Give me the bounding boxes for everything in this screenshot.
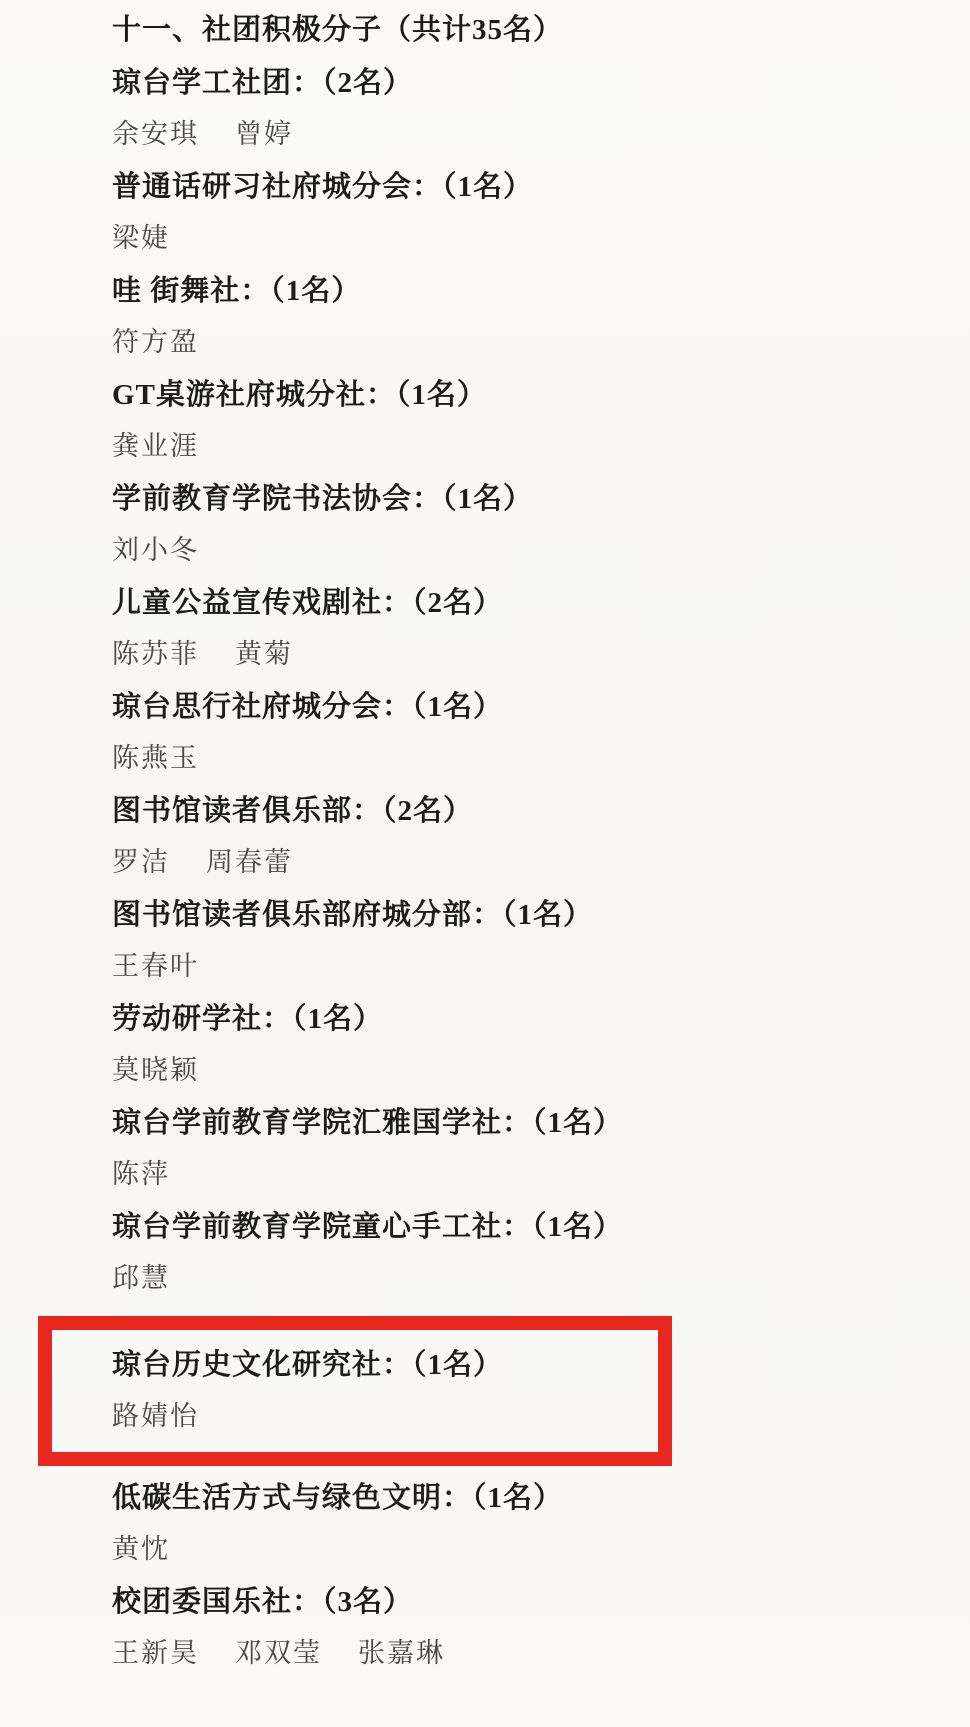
member-names-line: 龚业涯	[112, 424, 930, 468]
member-names-line: 王新昊邓双莹张嘉琳	[112, 1631, 930, 1675]
club-section: 琼台学工社团：（2名） 余安琪曾婷	[112, 61, 930, 156]
member-name: 余安琪	[112, 112, 199, 156]
club-heading: 哇 街舞社：（1名）	[112, 269, 930, 313]
club-section: 琼台学前教育学院童心手工社：（1名） 邱慧	[112, 1205, 930, 1300]
member-name: 曾婷	[235, 112, 293, 156]
member-name: 邱慧	[112, 1256, 170, 1300]
club-section: 校团委国乐社：（3名） 王新昊邓双莹张嘉琳	[112, 1580, 930, 1675]
club-section: GT桌游社府城分社：（1名） 龚业涯	[112, 373, 930, 468]
club-heading: GT桌游社府城分社：（1名）	[112, 373, 930, 417]
club-heading: 琼台学工社团：（2名）	[112, 61, 930, 105]
club-section: 哇 街舞社：（1名） 符方盈	[112, 269, 930, 364]
member-names-line: 陈苏菲黄菊	[112, 632, 930, 676]
club-section: 普通话研习社府城分会：（1名） 梁婕	[112, 165, 930, 260]
member-name: 陈燕玉	[112, 736, 199, 780]
member-names-line: 符方盈	[112, 320, 930, 364]
club-section: 低碳生活方式与绿色文明：（1名） 黄忱	[112, 1476, 930, 1571]
club-heading: 儿童公益宣传戏剧社：（2名）	[112, 581, 930, 625]
club-heading: 普通话研习社府城分会：（1名）	[112, 165, 930, 209]
club-section: 儿童公益宣传戏剧社：（2名） 陈苏菲黄菊	[112, 581, 930, 676]
club-heading: 琼台思行社府城分会：（1名）	[112, 685, 930, 729]
member-name: 龚业涯	[112, 424, 199, 468]
club-heading: 学前教育学院书法协会：（1名）	[112, 477, 930, 521]
club-heading: 琼台历史文化研究社：（1名）	[112, 1343, 648, 1387]
club-heading: 图书馆读者俱乐部府城分部：（1名）	[112, 893, 930, 937]
club-section: 琼台学前教育学院汇雅国学社：（1名） 陈萍	[112, 1101, 930, 1196]
member-name: 周春蕾	[206, 840, 293, 884]
member-name: 邓双莹	[235, 1631, 322, 1675]
member-name: 刘小冬	[112, 528, 199, 572]
member-name: 莫晓颖	[112, 1048, 199, 1092]
document-title: 十一、社团积极分子（共计35名）	[112, 8, 930, 52]
member-names-line: 黄忱	[112, 1527, 930, 1571]
club-heading: 琼台学前教育学院童心手工社：（1名）	[112, 1205, 930, 1249]
club-section: 图书馆读者俱乐部：（2名） 罗洁周春蕾	[112, 789, 930, 884]
club-section: 学前教育学院书法协会：（1名） 刘小冬	[112, 477, 930, 572]
member-name: 王新昊	[112, 1631, 199, 1675]
club-heading: 校团委国乐社：（3名）	[112, 1580, 930, 1624]
member-names-line: 刘小冬	[112, 528, 930, 572]
club-section: 琼台思行社府城分会：（1名） 陈燕玉	[112, 685, 930, 780]
member-name: 王春叶	[112, 944, 199, 988]
member-names-line: 王春叶	[112, 944, 930, 988]
club-heading: 低碳生活方式与绿色文明：（1名）	[112, 1476, 930, 1520]
club-heading: 劳动研学社：（1名）	[112, 997, 930, 1041]
highlight-box: 琼台历史文化研究社：（1名） 路婧怡	[38, 1316, 672, 1466]
member-name: 陈萍	[112, 1152, 170, 1196]
member-name: 路婧怡	[112, 1394, 199, 1438]
member-names-line: 邱慧	[112, 1256, 930, 1300]
club-heading: 图书馆读者俱乐部：（2名）	[112, 789, 930, 833]
member-names-line: 梁婕	[112, 216, 930, 260]
member-names-line: 陈萍	[112, 1152, 930, 1196]
member-name: 梁婕	[112, 216, 170, 260]
member-name: 罗洁	[112, 840, 170, 884]
member-names-line: 莫晓颖	[112, 1048, 930, 1092]
member-name: 陈苏菲	[112, 632, 199, 676]
member-name: 符方盈	[112, 320, 199, 364]
member-name: 黄忱	[112, 1527, 170, 1571]
club-sections-list: 琼台学工社团：（2名） 余安琪曾婷 普通话研习社府城分会：（1名） 梁婕 哇 街…	[112, 61, 930, 1675]
member-names-line: 罗洁周春蕾	[112, 840, 930, 884]
club-section: 图书馆读者俱乐部府城分部：（1名） 王春叶	[112, 893, 930, 988]
member-names-line: 陈燕玉	[112, 736, 930, 780]
club-heading: 琼台学前教育学院汇雅国学社：（1名）	[112, 1101, 930, 1145]
club-section: 劳动研学社：（1名） 莫晓颖	[112, 997, 930, 1092]
member-name: 张嘉琳	[358, 1631, 445, 1675]
member-name: 黄菊	[235, 632, 293, 676]
document-page: 十一、社团积极分子（共计35名） 琼台学工社团：（2名） 余安琪曾婷 普通话研习…	[0, 0, 970, 1675]
member-names-line: 路婧怡	[112, 1394, 648, 1438]
member-names-line: 余安琪曾婷	[112, 112, 930, 156]
